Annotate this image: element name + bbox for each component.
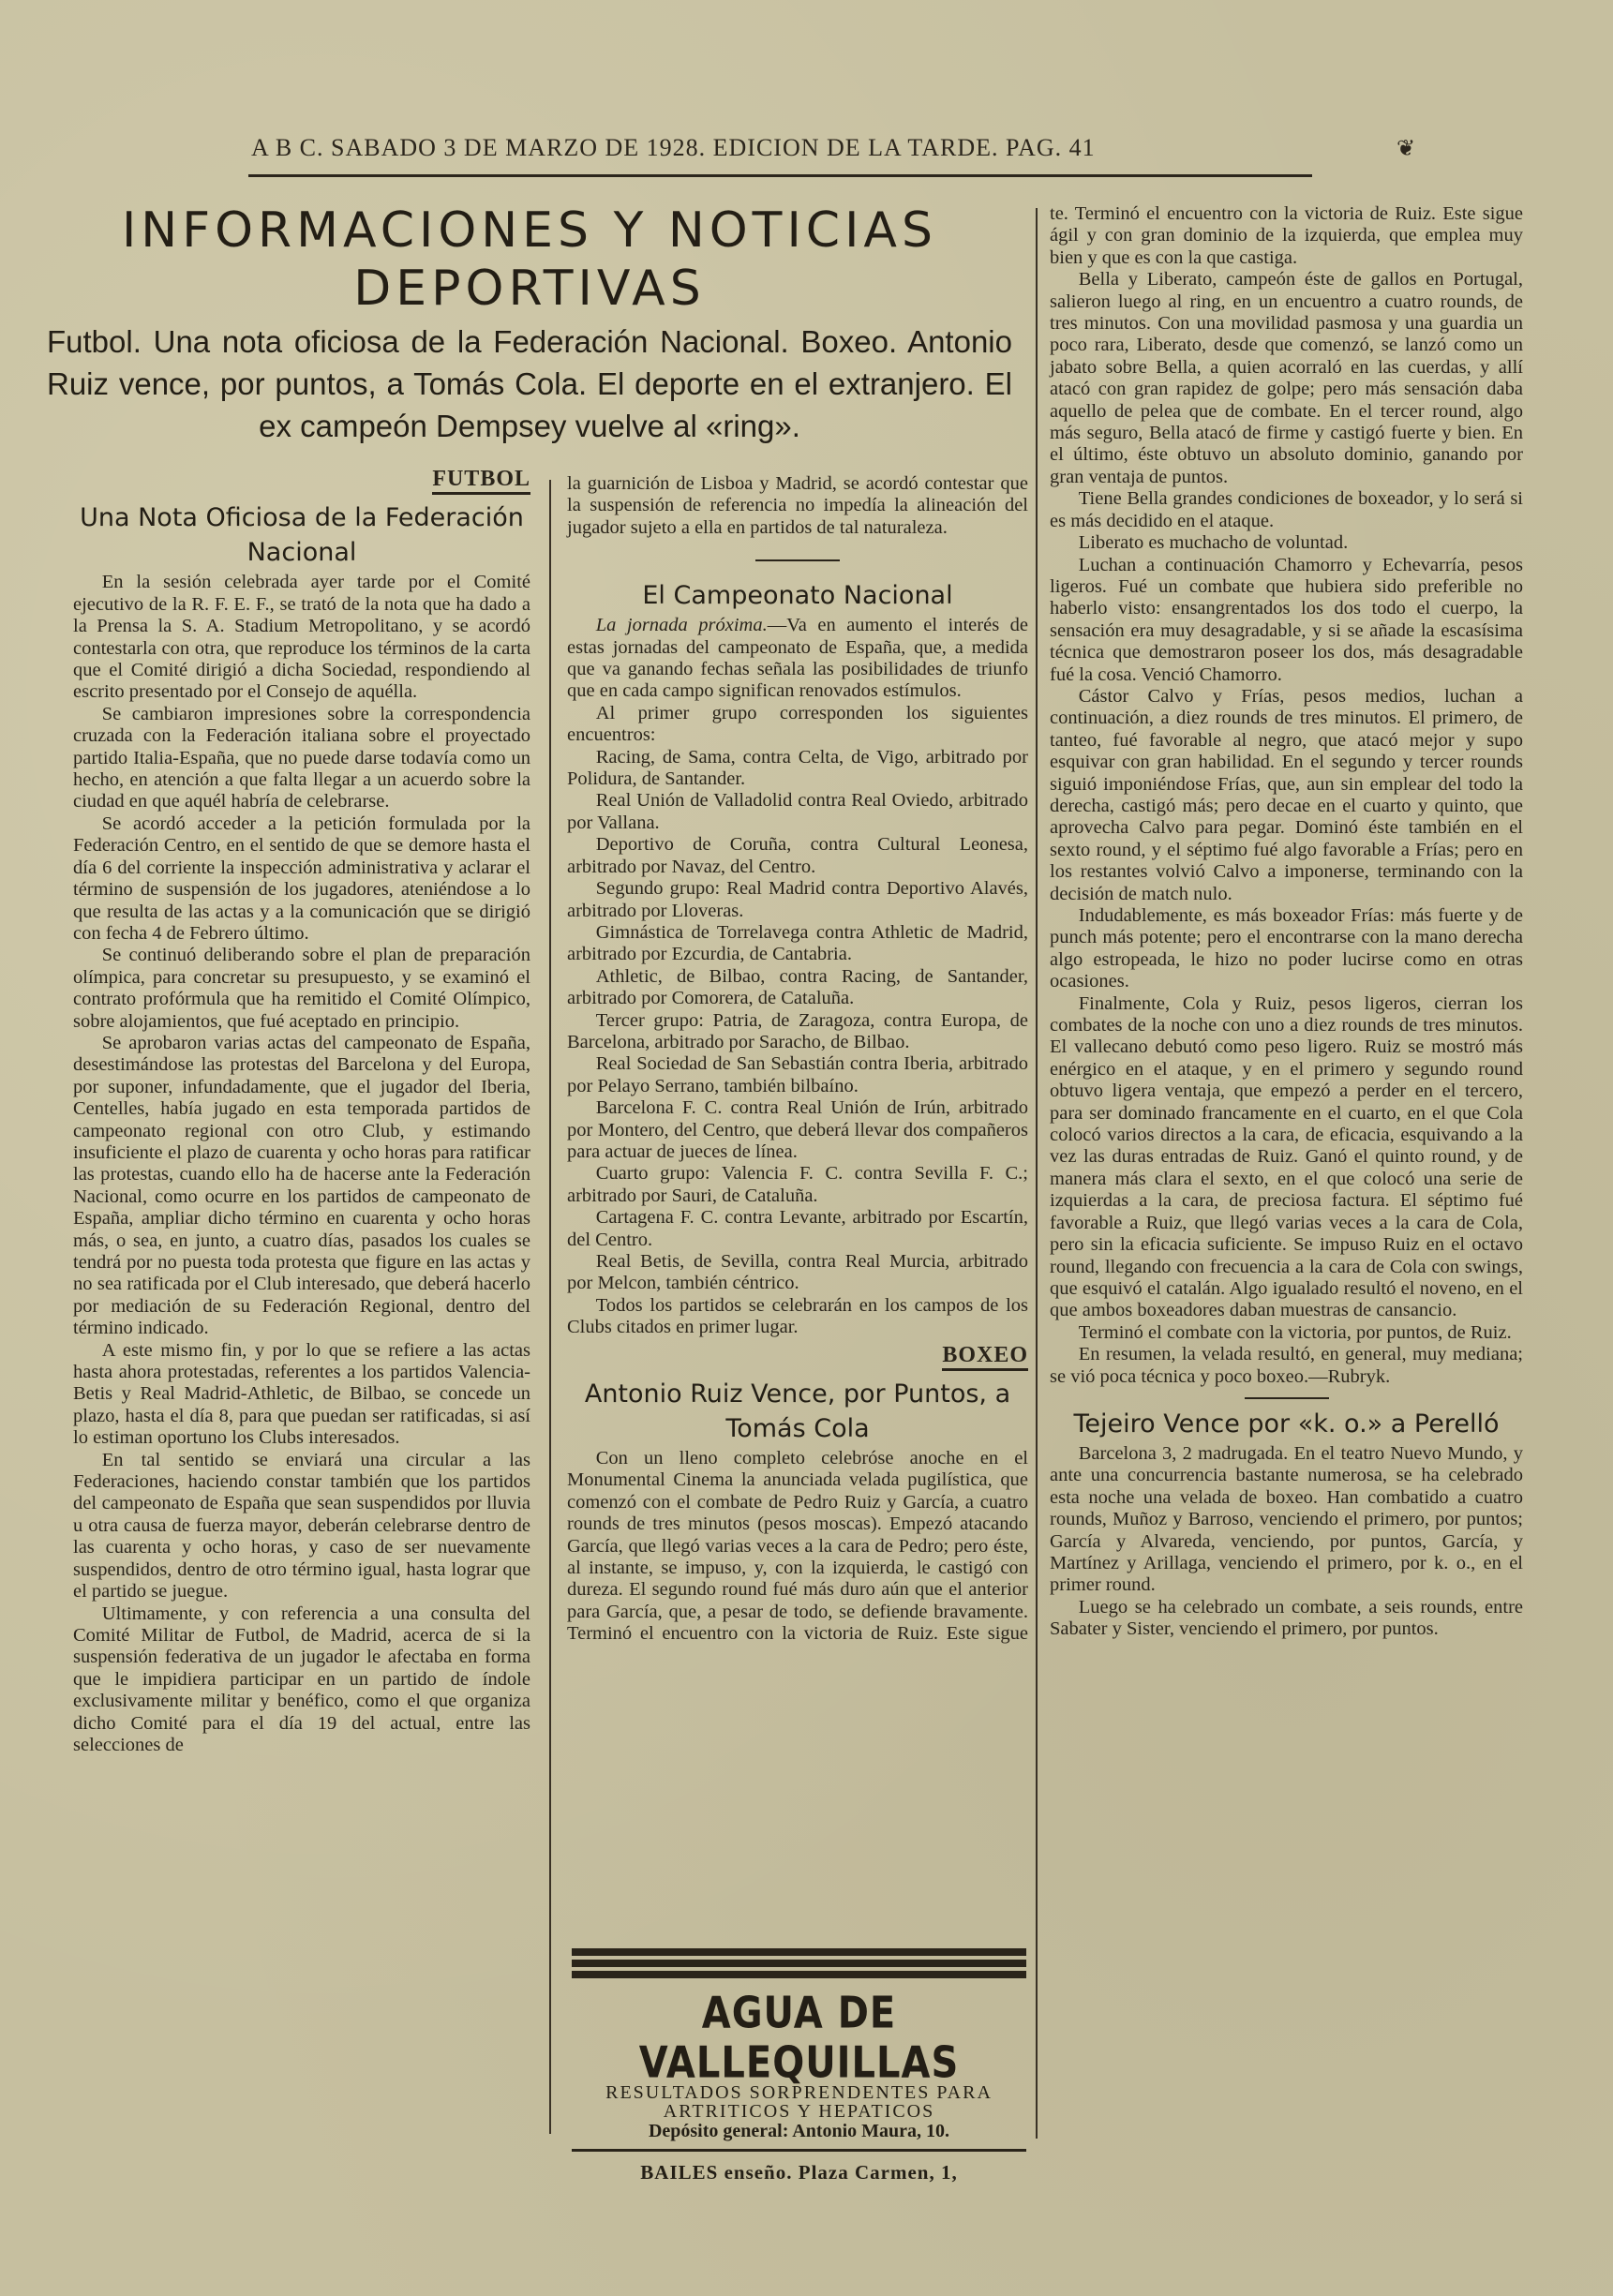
column-2: la guarnición de Lisboa y Madrid, se aco…	[567, 473, 1028, 1647]
article-divider	[755, 559, 840, 561]
page-title: INFORMACIONES Y NOTICIAS DEPORTIVAS	[42, 201, 1017, 318]
page-subtitle: Futbol. Una nota oficiosa de la Federaci…	[47, 321, 1012, 447]
column-1: FUTBOL Una Nota Oficiosa de la Federació…	[73, 469, 530, 1756]
match-item: Athletic, de Bilbao, contra Racing, de S…	[567, 966, 1028, 1010]
column-rule-1	[549, 480, 551, 2134]
page-title-line-2: DEPORTIVAS	[42, 260, 1017, 318]
ad-rule	[572, 2149, 1026, 2152]
ad-decorative-bars	[572, 1948, 1026, 1978]
lead-italic: La jornada próxima.	[596, 615, 768, 635]
match-item: Cuarto grupo: Valencia F. C. contra Sevi…	[567, 1163, 1028, 1207]
match-item: Real Betis, de Sevilla, contra Real Murc…	[567, 1251, 1028, 1295]
paragraph: Bella y Liberato, campeón éste de gallos…	[1050, 269, 1523, 488]
paragraph: Se continuó deliberando sobre el plan de…	[73, 945, 530, 1033]
paragraph: Terminó el combate con la victoria, por …	[1050, 1322, 1523, 1344]
match-item: Segundo grupo: Real Madrid contra Deport…	[567, 878, 1028, 922]
paragraph: Cástor Calvo y Frías, pesos medios, luch…	[1050, 686, 1523, 905]
paragraph: En tal sentido se enviará una circular a…	[73, 1450, 530, 1603]
ad-depot: Depósito general: Antonio Maura, 10.	[572, 2121, 1026, 2141]
paragraph: Se aprobaron varias actas del campeonato…	[73, 1033, 530, 1340]
headline-tejeiro-vence: Tejeiro Vence por «k. o.» a Perelló	[1050, 1407, 1523, 1441]
paragraph: Al primer grupo corresponden los siguien…	[567, 703, 1028, 747]
headline-nota-oficiosa: Una Nota Oficiosa de la Federación Nacio…	[73, 500, 530, 570]
paragraph: Finalmente, Cola y Ruiz, pesos ligeros, …	[1050, 993, 1523, 1322]
section-tag-futbol: FUTBOL	[73, 469, 530, 495]
paragraph: En resumen, la velada resultó, en genera…	[1050, 1344, 1523, 1388]
paragraph: Luchan a continuación Chamorro y Echevar…	[1050, 555, 1523, 686]
paragraph: Se acordó acceder a la petición formulad…	[73, 813, 530, 945]
paragraph: La jornada próxima.—Va en aumento el int…	[567, 615, 1028, 703]
fleuron-icon: ❦	[1396, 135, 1415, 161]
headline-campeonato-nacional: El Campeonato Nacional	[567, 578, 1028, 613]
match-item: Barcelona F. C. contra Real Unión de Irú…	[567, 1097, 1028, 1163]
classified-ad: BAILES enseño. Plaza Carmen, 1,	[572, 2161, 1026, 2184]
section-tag-boxeo: BOXEO	[567, 1345, 1028, 1371]
column-rule-2	[1036, 208, 1038, 2139]
masthead-rule	[248, 174, 1312, 177]
page-title-line-1: INFORMACIONES Y NOTICIAS	[42, 201, 1017, 260]
match-item: Racing, de Sama, contra Celta, de Vigo, …	[567, 747, 1028, 791]
match-item: Cartagena F. C. contra Levante, arbitrad…	[567, 1207, 1028, 1251]
paragraph: Liberato es muchacho de voluntad.	[1050, 532, 1523, 554]
paragraph: Ultimamente, y con referencia a una cons…	[73, 1603, 530, 1757]
paragraph: En la sesión celebrada ayer tarde por el…	[73, 572, 530, 703]
headline-ruiz-vence: Antonio Ruiz Vence, por Puntos, a Tomás …	[567, 1377, 1028, 1446]
match-item: Tercer grupo: Patria, de Zaragoza, contr…	[567, 1010, 1028, 1054]
page-masthead: A B C. SABADO 3 DE MARZO DE 1928. EDICIO…	[251, 134, 1320, 162]
paragraph: Tiene Bella grandes condiciones de boxea…	[1050, 488, 1523, 532]
match-item: Real Sociedad de San Sebastián contra Ib…	[567, 1053, 1028, 1097]
paragraph: Todos los partidos se celebrarán en los …	[567, 1295, 1028, 1339]
paragraph: Con un lleno completo celebróse anoche e…	[567, 1448, 1028, 1647]
article-divider	[1245, 1397, 1329, 1399]
paragraph: Se cambiaron impresiones sobre la corres…	[73, 704, 530, 813]
paragraph: Barcelona 3, 2 madrugada. En el teatro N…	[1050, 1443, 1523, 1597]
ad-brand: AGUA DE VALLEQUILLAS	[572, 1989, 1026, 2088]
paragraph: Luego se ha celebrado un combate, a seis…	[1050, 1597, 1523, 1641]
match-item: Gimnástica de Torrelavega contra Athleti…	[567, 922, 1028, 966]
paragraph-continuation: la guarnición de Lisboa y Madrid, se aco…	[567, 473, 1028, 539]
paragraph-continuation: te. Terminó el encuentro con la victoria…	[1050, 203, 1523, 269]
paragraph: Indudablemente, es más boxeador Frías: m…	[1050, 905, 1523, 993]
match-item: Deportivo de Coruña, contra Cultural Leo…	[567, 834, 1028, 878]
advertisement: AGUA DE VALLEQUILLAS RESULTADOS SORPREND…	[572, 1945, 1026, 2184]
ad-line-2: ARTRITICOS Y HEPATICOS	[572, 2102, 1026, 2121]
paragraph: A este mismo fin, y por lo que se refier…	[73, 1340, 530, 1450]
column-3: te. Terminó el encuentro con la victoria…	[1050, 203, 1523, 1641]
match-item: Real Unión de Valladolid contra Real Ovi…	[567, 790, 1028, 834]
